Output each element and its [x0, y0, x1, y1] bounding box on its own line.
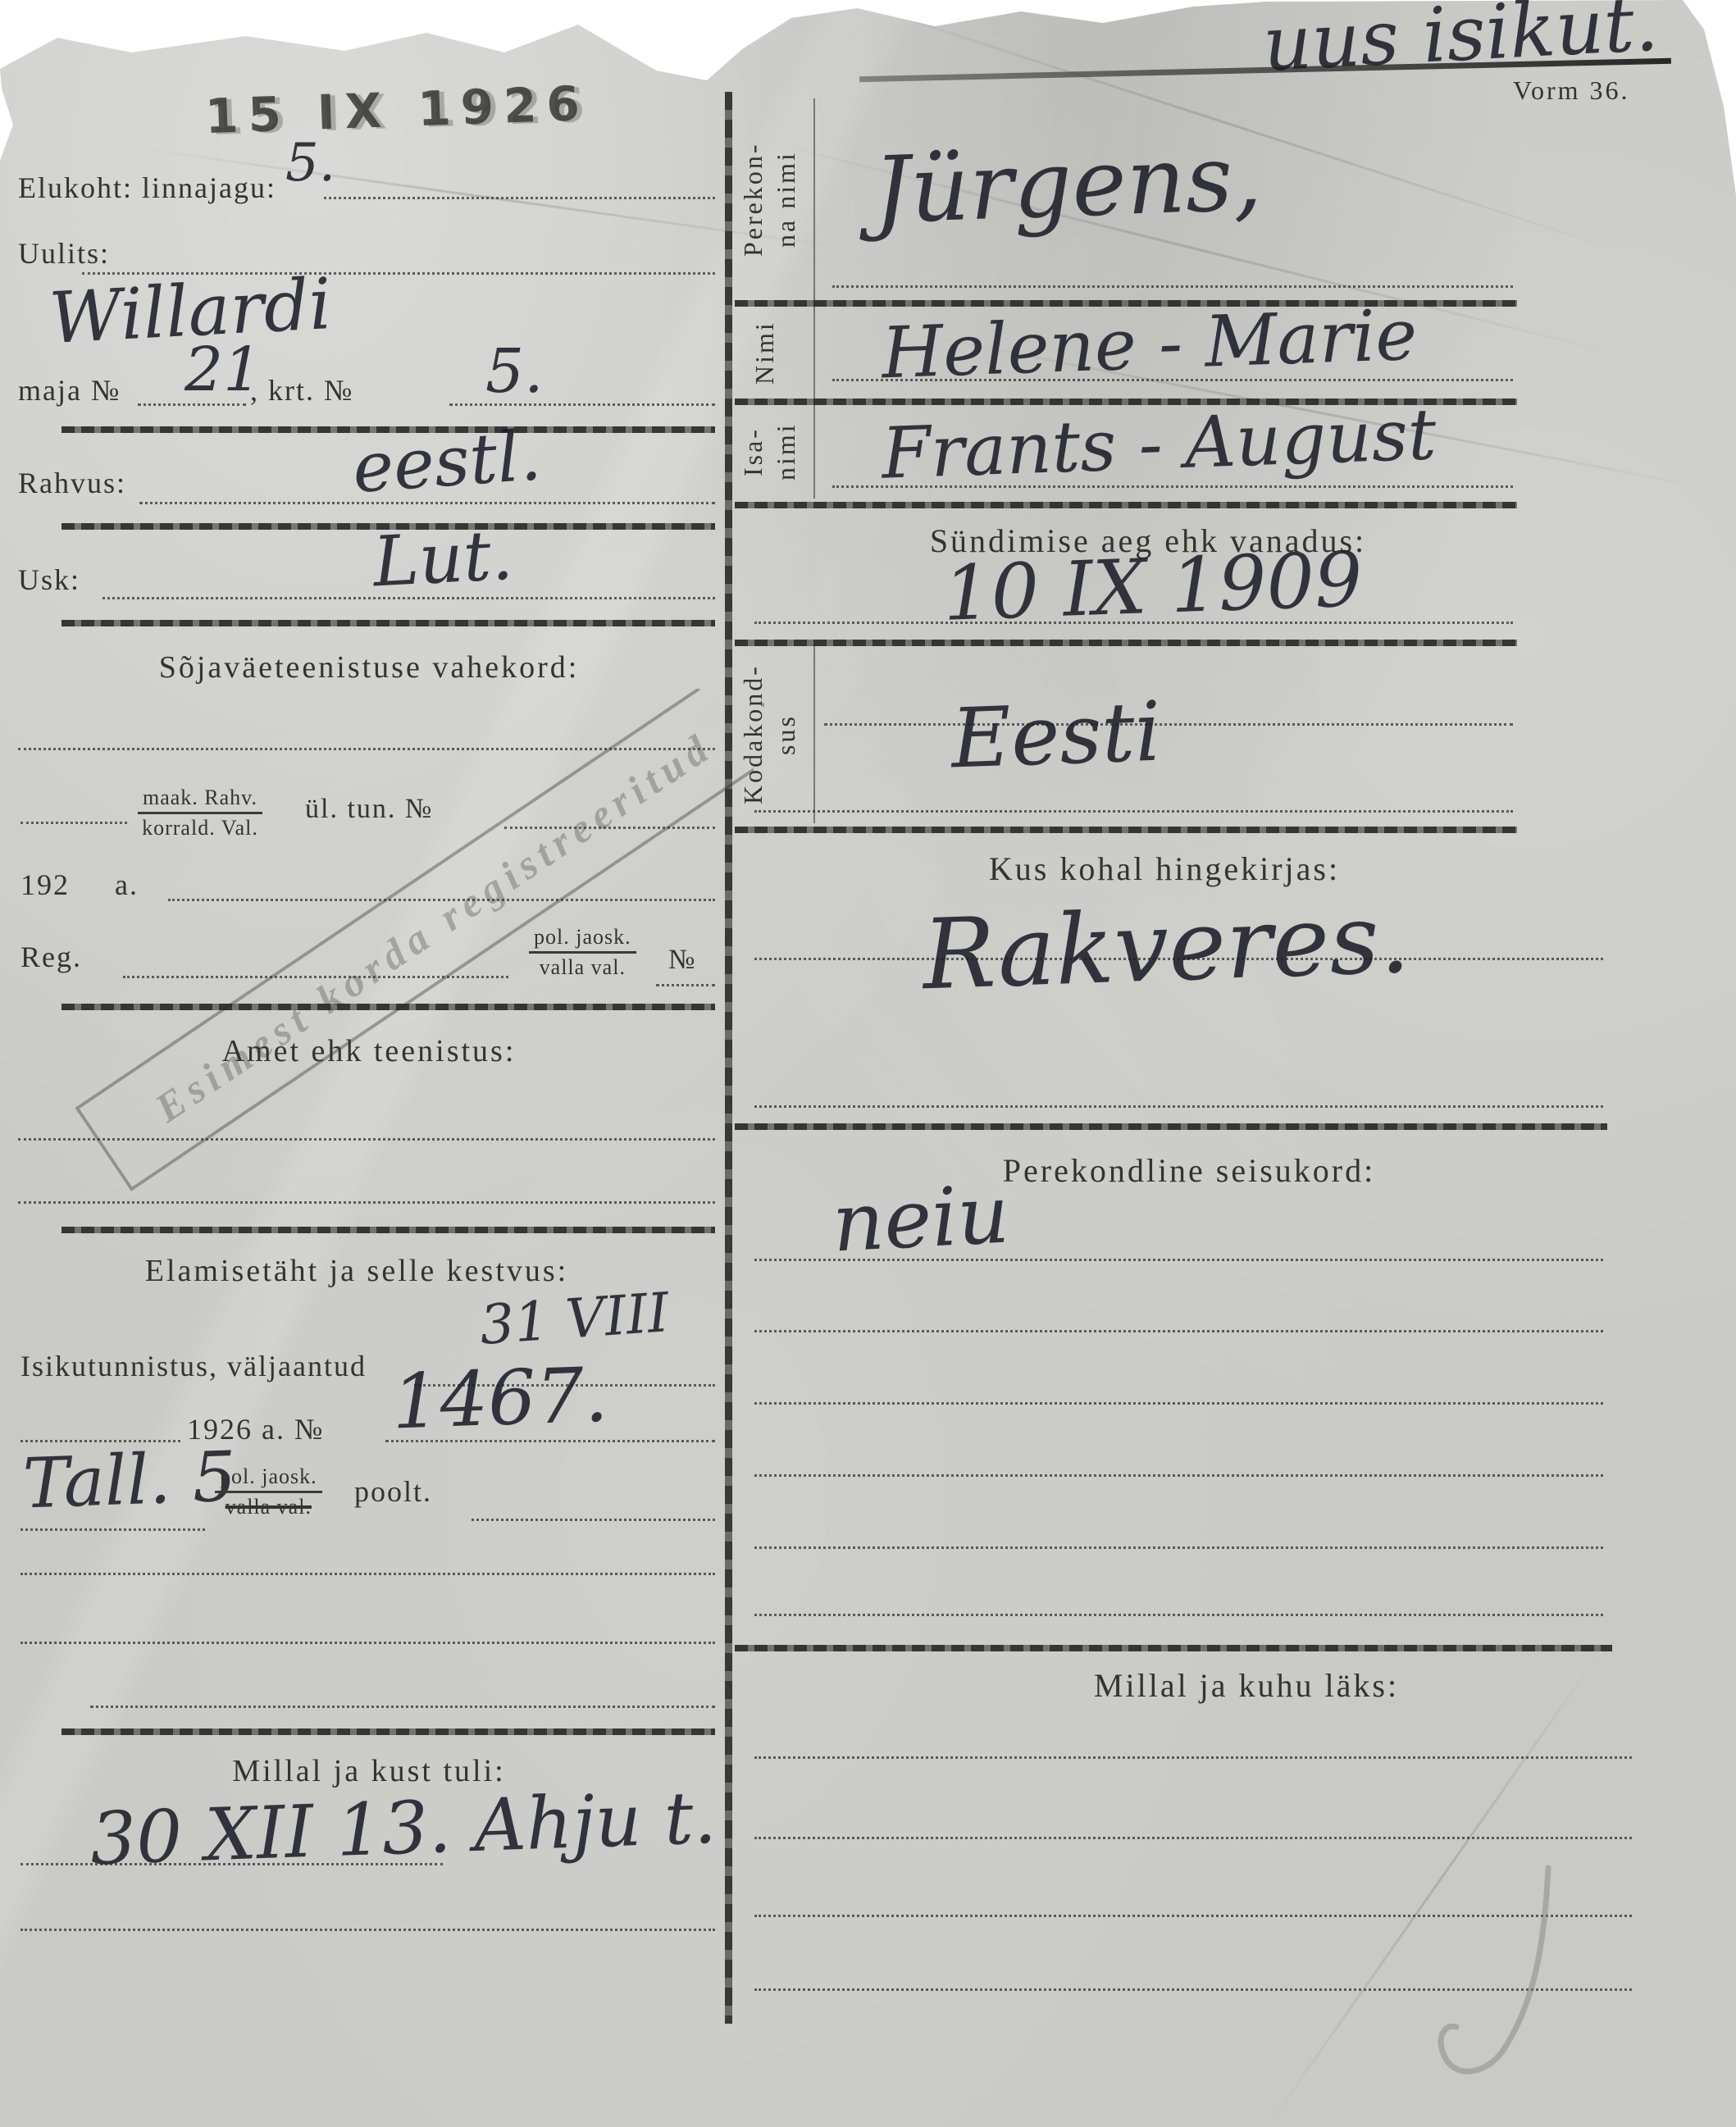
citizenship-value: Eesti [950, 684, 1163, 787]
dotted-line [90, 1706, 715, 1708]
military-fraction: maak. Rahv. korrald. Val. [138, 786, 262, 840]
dotted-line [754, 1330, 1603, 1332]
reg-fraction-top: pol. jaosk. [529, 925, 636, 954]
military-fraction-bottom: korrald. Val. [138, 814, 262, 840]
year-prefix: 192 [21, 868, 70, 902]
dotted-line [18, 1201, 715, 1204]
apartment-value: 5. [485, 336, 544, 407]
apartment-label: , krt. № [250, 373, 353, 408]
rule-thick [735, 827, 1517, 833]
religion-label: Usk: [18, 562, 80, 597]
departure-heading: Millal ja kuhu läks: [935, 1666, 1558, 1705]
dotted-line [449, 403, 715, 406]
dotted-line [832, 485, 1513, 488]
dotted-line [385, 1440, 715, 1442]
dotted-line [21, 822, 127, 824]
reg-label: Reg. [21, 940, 82, 974]
id-card-number-value: 1467. [390, 1350, 609, 1446]
military-heading: Sõjaväeteenistuse vahekord: [74, 649, 664, 685]
residence-label: Elukoht: linnajagu: [18, 171, 276, 205]
issued-suffix: poolt. [354, 1474, 432, 1509]
military-suffix: ül. tun. № [305, 794, 433, 825]
dotted-line [18, 1138, 715, 1141]
dotted-line [504, 827, 715, 829]
dotted-line [754, 1474, 1603, 1477]
form-number: Vorm 36. [1513, 75, 1630, 106]
dotted-line [324, 197, 715, 199]
rule-thick [735, 502, 1517, 508]
label-column-rule-citizenship [813, 644, 815, 823]
dotted-line [832, 285, 1513, 288]
reg-number-sign: № [668, 945, 696, 976]
dotted-line [824, 723, 1513, 726]
dotted-line [754, 1837, 1632, 1839]
rule-thick [62, 1004, 715, 1010]
year-suffix: a. [115, 868, 139, 902]
pencil-mark [1410, 1861, 1591, 2107]
reg-fraction-bottom: valla val. [529, 954, 636, 980]
dotted-line [21, 1528, 205, 1531]
dotted-line [21, 1929, 715, 1931]
name-label: Nimi [748, 313, 781, 392]
military-fraction-top: maak. Rahv. [138, 786, 262, 814]
dotted-line [18, 748, 715, 750]
issued-fraction: pol. jaosk. valla val. [215, 1464, 322, 1519]
citizenship-label: Kodakond- sus [736, 653, 802, 817]
father-name-label: Isa- nimi [736, 407, 802, 497]
column-divider [725, 92, 732, 2024]
street-label: Uulits: [18, 236, 110, 271]
surname-label: Perekon- na nimi [736, 105, 802, 294]
id-card-label: Isikutunnistus, väljaantud [21, 1349, 367, 1383]
dotted-line [472, 1519, 715, 1521]
label-column-rule-top [813, 98, 815, 499]
id-card-date-value: 31 VIII [478, 1281, 672, 1357]
dotted-line [832, 379, 1513, 381]
marital-value: neiu [830, 1168, 1011, 1270]
dotted-line [21, 1863, 443, 1865]
rule-thick [735, 1123, 1607, 1130]
dotted-line [754, 1105, 1603, 1108]
issued-fraction-top: pol. jaosk. [215, 1464, 322, 1493]
permit-heading: Elamisetäht ja selle kestvus: [62, 1253, 652, 1289]
reg-fraction: pol. jaosk. valla val. [529, 925, 636, 980]
house-label: maja № [18, 373, 121, 408]
dotted-line [754, 1402, 1603, 1405]
dotted-line [754, 1546, 1603, 1549]
dotted-line [21, 1642, 715, 1644]
dotted-line [754, 1756, 1632, 1759]
dotted-line [754, 1614, 1603, 1616]
scanned-registration-card: uus isikut. Vorm 36. 15 IX 1926 Esimest … [0, 0, 1736, 2127]
dotted-line [754, 810, 1513, 813]
register-value: Rakveres. [921, 881, 1412, 1012]
rule-thick [735, 1645, 1612, 1651]
nationality-label: Rahvus: [18, 466, 126, 500]
surname-value: Jürgens, [872, 125, 1264, 244]
issued-fraction-bottom: valla val. [215, 1493, 322, 1519]
dotted-line [754, 622, 1513, 624]
dotted-line [123, 976, 508, 978]
nationality-value: eestl. [350, 415, 544, 508]
dotted-line [656, 984, 715, 986]
dotted-line [168, 899, 715, 901]
rule-thick [62, 1227, 715, 1233]
religion-value: Lut. [371, 515, 515, 603]
rule-thick [62, 1728, 715, 1735]
occupation-heading: Amet ehk teenistus: [98, 1033, 640, 1069]
rule-thick [62, 620, 715, 626]
rule-thick [735, 640, 1517, 646]
dotted-line [138, 403, 246, 406]
dotted-line [21, 1573, 715, 1575]
issued-by-value: Tall. 5 [21, 1436, 237, 1524]
dotted-line [754, 1259, 1603, 1261]
residence-value: 5. [285, 133, 335, 194]
